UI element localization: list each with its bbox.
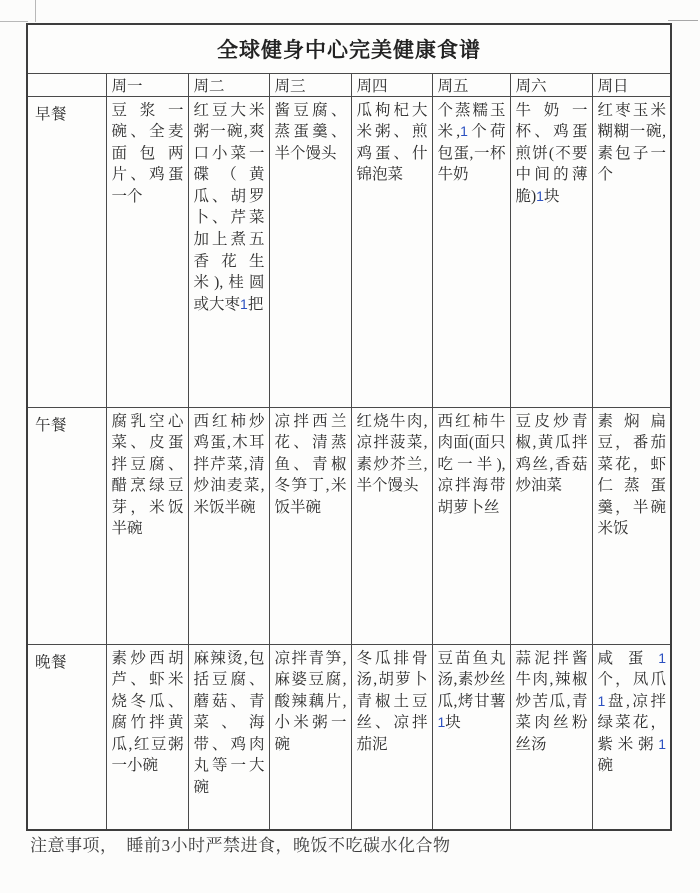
corner-cell <box>27 73 106 96</box>
day-header-saturday: 周六 <box>510 73 592 96</box>
lunch-tuesday-cell: 西红柿炒鸡蛋,木耳拌芹菜,清炒油麦菜,米饭半碗 <box>188 407 269 644</box>
dinner-sunday-cell: 咸蛋1个，凤爪1盘,凉拌绿菜花，紫米粥1碗 <box>592 644 671 830</box>
dinner-wednesday-cell: 凉拌青笋,麻婆豆腐,酸辣藕片,小米粥一碗 <box>269 644 351 830</box>
lunch-friday-cell: 西红柿牛肉面(面只吃一半),凉拌海带胡萝卜丝 <box>432 407 510 644</box>
title-row: 全球健身中心完美健康食谱 <box>27 24 671 73</box>
breakfast-friday-cell: 个蒸糯玉米,1个荷包蛋,一杯牛奶 <box>432 96 510 407</box>
lunch-row: 午餐 腐乳空心菜、皮蛋拌豆腐、醋烹绿豆芽，米饭半碗 西红柿炒鸡蛋,木耳拌芹菜,清… <box>27 407 671 644</box>
dinner-monday-cell: 素炒西胡芦、虾米烧冬瓜、腐竹拌黄瓜,红豆粥一小碗 <box>106 644 188 830</box>
dinner-saturday-cell: 蒜泥拌酱牛肉,辣椒炒苦瓜,青菜肉丝粉丝汤 <box>510 644 592 830</box>
weekday-header-row: 周一 周二 周三 周四 周五 周六 周日 <box>27 73 671 96</box>
dinner-friday-cell: 豆苗鱼丸汤,素炒丝瓜,烤甘薯1块 <box>432 644 510 830</box>
scan-artifact-line <box>0 21 28 22</box>
scan-artifact-line <box>35 0 36 22</box>
breakfast-sunday-cell: 红枣玉米糊糊一碗,素包子一个 <box>592 96 671 407</box>
day-header-monday: 周一 <box>106 73 188 96</box>
day-header-wednesday: 周三 <box>269 73 351 96</box>
meal-label-breakfast: 早餐 <box>27 96 106 407</box>
day-header-thursday: 周四 <box>351 73 432 96</box>
breakfast-monday-cell: 豆浆一碗、全麦面包两片、鸡蛋一个 <box>106 96 188 407</box>
lunch-wednesday-cell: 凉拌西兰花、清蒸鱼、青椒冬笋丁,米饭半碗 <box>269 407 351 644</box>
lunch-sunday-cell: 素焖扁豆，番茄菜花，虾仁蒸蛋羹，半碗米饭 <box>592 407 671 644</box>
lunch-thursday-cell: 红烧牛肉,凉拌菠菜,素炒芥兰,半个馒头 <box>351 407 432 644</box>
lunch-saturday-cell: 豆皮炒青椒,黄瓜拌鸡丝,香菇炒油菜 <box>510 407 592 644</box>
breakfast-row: 早餐 豆浆一碗、全麦面包两片、鸡蛋一个 红豆大米粥一碗,爽口小菜一碟（黄瓜、胡罗… <box>27 96 671 407</box>
breakfast-thursday-cell: 瓜枸杞大米粥、煎鸡蛋、什锦泡菜 <box>351 96 432 407</box>
dinner-tuesday-cell: 麻辣烫,包括豆腐、蘑菇、青菜、海带、鸡肉丸等一大碗 <box>188 644 269 830</box>
day-header-friday: 周五 <box>432 73 510 96</box>
notes-line: 注意事项， 睡前3小时严禁进食，晚饭不吃碳水化合物 <box>30 831 670 856</box>
breakfast-wednesday-cell: 酱豆腐、蒸蛋羹、半个馒头 <box>269 96 351 407</box>
breakfast-saturday-cell: 牛奶一杯、鸡蛋煎饼(不要中间的薄脆)1块 <box>510 96 592 407</box>
meal-plan-table: 全球健身中心完美健康食谱 周一 周二 周三 周四 周五 周六 周日 早餐 豆浆一… <box>26 23 672 831</box>
meal-label-lunch: 午餐 <box>27 407 106 644</box>
day-header-sunday: 周日 <box>592 73 671 96</box>
lunch-monday-cell: 腐乳空心菜、皮蛋拌豆腐、醋烹绿豆芽，米饭半碗 <box>106 407 188 644</box>
scanned-recipe-document: 全球健身中心完美健康食谱 周一 周二 周三 周四 周五 周六 周日 早餐 豆浆一… <box>0 0 700 893</box>
dinner-row: 晚餐 素炒西胡芦、虾米烧冬瓜、腐竹拌黄瓜,红豆粥一小碗 麻辣烫,包括豆腐、蘑菇、… <box>27 644 671 830</box>
dinner-thursday-cell: 冬瓜排骨汤,胡萝卜青椒土豆丝、凉拌茄泥 <box>351 644 432 830</box>
breakfast-tuesday-cell: 红豆大米粥一碗,爽口小菜一碟（黄瓜、胡罗卜、芹菜加上煮五香花生米),桂圆或大枣1… <box>188 96 269 407</box>
day-header-tuesday: 周二 <box>188 73 269 96</box>
page-title: 全球健身中心完美健康食谱 <box>27 24 671 73</box>
scan-artifact-line <box>668 20 698 21</box>
meal-label-dinner: 晚餐 <box>27 644 106 830</box>
